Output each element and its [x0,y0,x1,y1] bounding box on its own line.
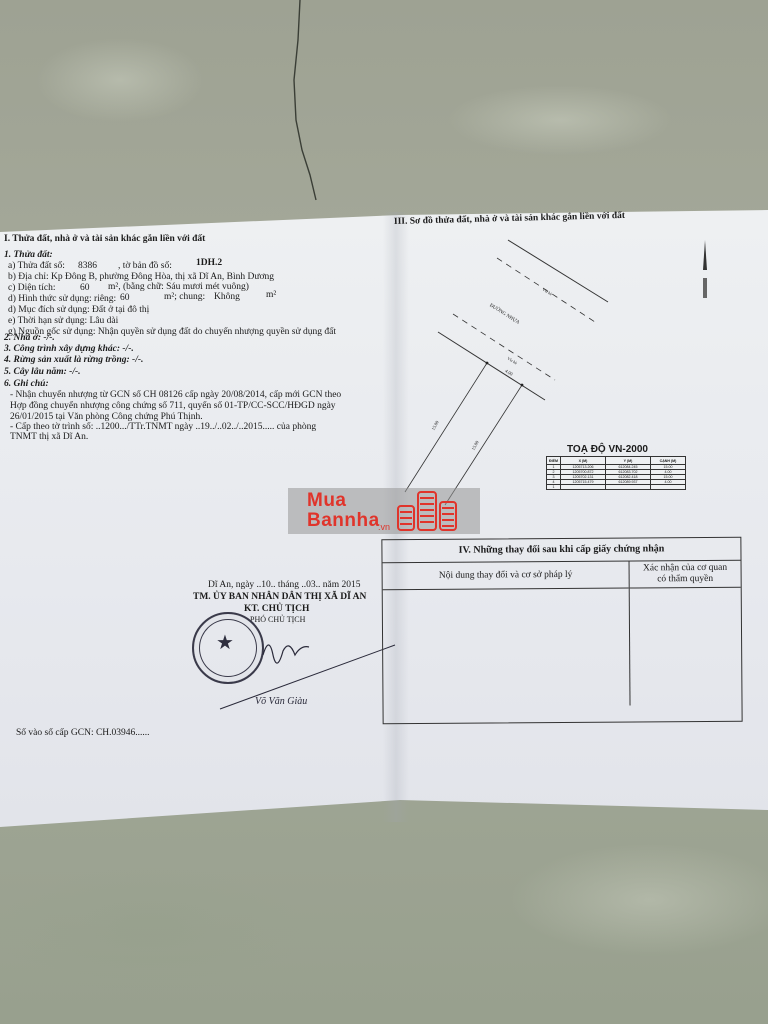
usage-private-value: 60 [120,293,130,304]
coordinate-cell: 1 [547,485,561,490]
map-sheet-label: , tờ bản đồ số: [118,261,172,272]
changes-content-cell [383,589,630,708]
registry-number: Số vào sổ cấp GCN: CH.03946...... [16,728,150,739]
buildings-logo-icon [394,490,464,532]
usage-form-label: d) Hình thức sử dụng: riêng: [8,294,116,305]
usage-purpose: d) Mục đích sử dụng: Đất ở tại đô thị [8,305,149,316]
note-line: TNMT thị xã Dĩ An. [10,432,88,443]
coordinate-row: 1 [547,485,686,490]
coordinate-cell [560,485,605,490]
watermark-line2: Bannha [307,510,380,532]
signer-role-2: PHÓ CHỦ TỊCH [250,614,305,625]
col-header: Y (M) [605,457,650,465]
coordinate-cell [605,485,650,490]
land-heading: 1. Thửa đất: [4,250,53,261]
authority-header-line: có thẩm quyền [657,574,713,584]
watermark-line1: Mua [307,490,347,512]
item-plantation-forest: 4. Rừng sản xuất là rừng trồng: -/-. [4,355,143,366]
signer-name: Võ Văn Giàu [255,696,307,707]
notes-heading: 6. Ghi chú: [4,379,49,390]
note-line: Hợp đồng chuyển nhượng công chứng số 711… [10,401,336,412]
issuing-authority: TM. ỦY BAN NHÂN DÂN THỊ XÃ DĨ AN [193,592,366,603]
usage-term: e) Thời hạn sử dụng: Lâu dài [8,316,118,327]
usage-shared-unit: m² [266,290,276,301]
signature-strokes [215,625,405,715]
area-label: c) Diện tích: [8,283,55,294]
changes-authority-header: Xác nhận của cơ quancó thẩm quyền [630,561,741,589]
note-line: - Nhận chuyển nhượng từ GCN số CH 08126 … [10,390,341,401]
sign-date: Dĩ An, ngày ..10.. tháng ..03.. năm 2015 [208,580,361,591]
authority-header-line: Xác nhận của cơ quan [643,563,727,574]
usage-origin: g) Nguồn gốc sử dụng: Nhận quyền sử dụng… [8,327,336,338]
usage-shared-label: m²; chung: [164,292,205,303]
item-house: 2. Nhà ở: -/-. [4,333,55,344]
col-header: X (M) [560,457,605,465]
changes-table: IV. Những thay đổi sau khi cấp giấy chứn… [381,537,742,725]
coordinate-cell [650,485,685,490]
area-value: 60 [80,283,90,294]
col-header: CẠNH (M) [650,457,685,465]
changes-content-header: Nội dung thay đổi và cơ sở pháp lý [383,562,629,591]
item-perennial-trees: 5. Cây lâu năm: -/-. [4,367,81,378]
parcel-number-value: 8386 [78,261,97,272]
changes-authority-cell [630,588,742,706]
map-sheet-value: 1DH.2 [196,258,222,269]
parcel-number-label: a) Thửa đất số: [8,261,65,272]
col-header: ĐIỂM [547,457,561,465]
watermark-suffix: .vn [378,522,390,532]
usage-shared-value: Không [214,292,240,303]
item-other-construction: 3. Công trình xây dựng khác: -/-. [4,344,134,355]
section-i-title: I. Thửa đất, nhà ở và tài sản khác gắn l… [4,234,205,245]
coordinate-title: TOẠ ĐỘ VN-2000 [567,444,648,455]
coordinate-table: ĐIỂM X (M) Y (M) CẠNH (M) 11205713.20661… [546,456,686,490]
mubannha-watermark: Mua Bannha .vn [288,488,480,534]
wall-crack [290,0,330,210]
changes-title: IV. Những thay đổi sau khi cấp giấy chứn… [382,538,740,563]
